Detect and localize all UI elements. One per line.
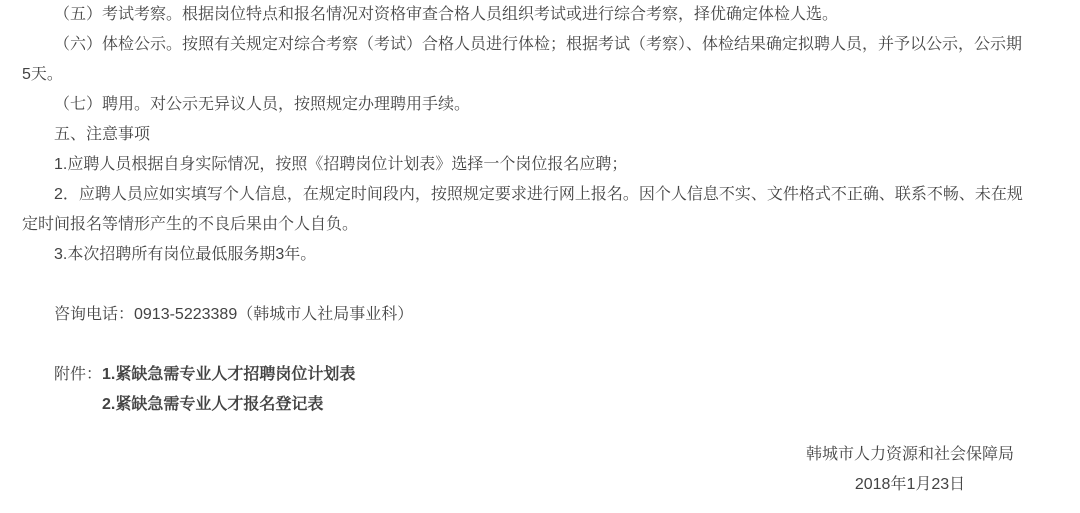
document-page: （五）考试考察。根据岗位特点和报名情况对资格审查合格人员组织考试或进行综合考察，… (0, 0, 1024, 513)
signature-date: 2018年1月23日 (806, 470, 1014, 500)
document-body: （五）考试考察。根据岗位特点和报名情况对资格审查合格人员组织考试或进行综合考察，… (22, 0, 1024, 500)
attachments-block: 附件： 1.紧缺急需专业人才招聘岗位计划表 2.紧缺急需专业人才报名登记表 (22, 360, 1024, 420)
body-paragraph-note-2: 2．应聘人员应如实填写个人信息，在规定时间段内，按照规定要求进行网上报名。因个人… (22, 180, 1024, 240)
signature-area: 韩城市人力资源和社会保障局 2018年1月23日 (22, 440, 1024, 500)
attachment-item-1: 1.紧缺急需专业人才招聘岗位计划表 (102, 360, 355, 390)
contact-phone-line: 咨询电话：0913-5223389（韩城市人社局事业科） (22, 300, 1024, 330)
body-paragraph-exam-inspection: （五）考试考察。根据岗位特点和报名情况对资格审查合格人员组织考试或进行综合考察，… (22, 0, 1024, 30)
section-heading-notes: 五、注意事项 (22, 120, 1024, 150)
signature-block: 韩城市人力资源和社会保障局 2018年1月23日 (806, 440, 1014, 500)
attachments-label: 附件： (54, 360, 102, 390)
body-paragraph-note-1: 1.应聘人员根据自身实际情况，按照《招聘岗位计划表》选择一个岗位报名应聘； (22, 150, 1024, 180)
signature-organization: 韩城市人力资源和社会保障局 (806, 440, 1014, 470)
attachments-list: 1.紧缺急需专业人才招聘岗位计划表 2.紧缺急需专业人才报名登记表 (102, 360, 355, 420)
body-paragraph-note-3: 3.本次招聘所有岗位最低服务期3年。 (22, 240, 1024, 270)
body-paragraph-employment: （七）聘用。对公示无异议人员，按照规定办理聘用手续。 (22, 90, 1024, 120)
attachment-item-2: 2.紧缺急需专业人才报名登记表 (102, 390, 355, 420)
body-paragraph-medical-publicity: （六）体检公示。按照有关规定对综合考察（考试）合格人员进行体检；根据考试（考察）… (22, 30, 1024, 90)
